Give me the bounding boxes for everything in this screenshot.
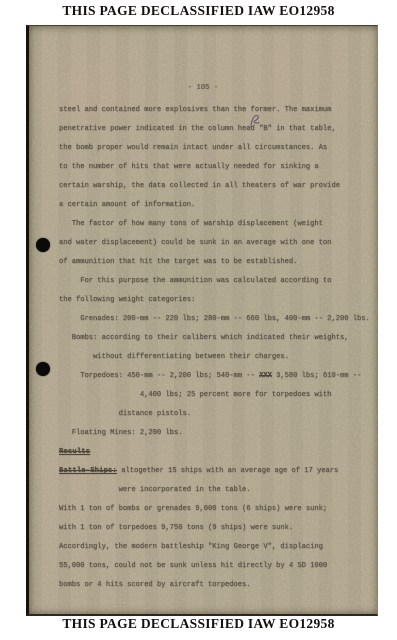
typed-line: The factor of how many tons of warship d… — [59, 215, 371, 234]
typed-line: with 1 ton of torpedoes 9,750 tons (9 sh… — [59, 519, 371, 538]
struck-text: XXX — [259, 372, 272, 380]
typed-line: Battle-Ships: altogether 15 ships with a… — [59, 462, 371, 481]
typed-line: Accordingly, the modern battleship "King… — [59, 538, 371, 557]
typed-line: Grenades: 200-mm -- 220 lbs; 280-mm -- 6… — [59, 310, 371, 329]
page-number: - 105 - — [29, 84, 377, 92]
struck-text: Battle-Ships: — [59, 467, 117, 475]
typed-line: Results — [59, 443, 371, 462]
typed-text: Bombs: according to their calibers which… — [59, 334, 348, 342]
typed-text: Torpedoes: 450-mm -- 2,200 lbs; 540-mm -… — [59, 372, 259, 380]
typed-text: bombs or 4 hits scored by aircraft torpe… — [59, 581, 251, 589]
typed-line: bombs or 4 hits scored by aircraft torpe… — [59, 576, 371, 595]
typed-text: of ammunition that hit the target was to… — [59, 258, 297, 266]
typed-text: With 1 ton of bombs or grenades 9,000 to… — [59, 505, 327, 513]
typed-text: 55,000 tons, could not be sunk unless hi… — [59, 562, 327, 570]
typed-line: Floating Mines: 2,200 lbs. — [59, 424, 371, 443]
typed-line: to the number of hits that were actually… — [59, 158, 371, 177]
typed-line: of ammunition that hit the target was to… — [59, 253, 371, 272]
typed-text: and water displacement) could be sunk in… — [59, 239, 331, 247]
typed-text: The factor of how many tons of warship d… — [59, 220, 323, 228]
typed-line: the bomb proper would remain intact unde… — [59, 139, 371, 158]
typed-body: steel and contained more explosives than… — [59, 101, 371, 595]
typed-line: without differentiating between their ch… — [59, 348, 371, 367]
struck-text: Results — [59, 448, 90, 456]
typed-text: the following weight categories: — [59, 296, 195, 304]
typed-line: distance pistols. — [59, 405, 371, 424]
typed-line: Torpedoes: 450-mm -- 2,200 lbs; 540-mm -… — [59, 367, 371, 386]
typed-text: Accordingly, the modern battleship "King… — [59, 543, 323, 551]
typed-text: were incorporated in the table. — [59, 486, 251, 494]
typed-text: Grenades: 200-mm -- 220 lbs; 280-mm -- 6… — [59, 315, 370, 323]
typed-line: With 1 ton of bombs or grenades 9,000 to… — [59, 500, 371, 519]
typed-line: steel and contained more explosives than… — [59, 101, 371, 120]
typed-text: Floating Mines: 2,200 lbs. — [59, 429, 182, 437]
typed-line: certain warship, the data collected in a… — [59, 177, 371, 196]
typed-text: altogether 15 ships with an average age … — [117, 467, 338, 475]
typed-line: For this purpose the ammunition was calc… — [59, 272, 371, 291]
typed-line: 55,000 tons, could not be sunk unless hi… — [59, 557, 371, 576]
typed-text: 3,580 lbs; 610-mm -- — [272, 372, 361, 380]
typed-text: distance pistols. — [59, 410, 191, 418]
typed-line: a certain amount of information. — [59, 196, 371, 215]
typed-text: penetrative power indicated in the colum… — [59, 125, 336, 133]
typed-text: steel and contained more explosives than… — [59, 106, 331, 114]
typed-text: with 1 ton of torpedoes 9,750 tons (9 sh… — [59, 524, 293, 532]
declassification-banner-bottom: THIS PAGE DECLASSIFIED IAW EO12958 — [0, 616, 397, 632]
typed-text: a certain amount of information. — [59, 201, 195, 209]
hole-punch-bottom — [36, 362, 50, 376]
typed-line: 4,400 lbs; 25 percent more for torpedoes… — [59, 386, 371, 405]
typed-text: without differentiating between their ch… — [59, 353, 289, 361]
scanned-page: - 105 - steel and contained more explosi… — [26, 25, 378, 616]
typed-line: the following weight categories: — [59, 291, 371, 310]
typed-text: the bomb proper would remain intact unde… — [59, 144, 327, 152]
typed-text: For this purpose the ammunition was calc… — [59, 277, 331, 285]
typed-line: and water displacement) could be sunk in… — [59, 234, 371, 253]
typed-text: 4,400 lbs; 25 percent more for torpedoes… — [59, 391, 331, 399]
declassification-banner-top: THIS PAGE DECLASSIFIED IAW EO12958 — [0, 3, 397, 19]
typed-text: certain warship, the data collected in a… — [59, 182, 340, 190]
typed-line: Bombs: according to their calibers which… — [59, 329, 371, 348]
typed-line: were incorporated in the table. — [59, 481, 371, 500]
hole-punch-top — [36, 238, 50, 252]
typed-text: to the number of hits that were actually… — [59, 163, 319, 171]
typed-line: penetrative power indicated in the colum… — [59, 120, 371, 139]
